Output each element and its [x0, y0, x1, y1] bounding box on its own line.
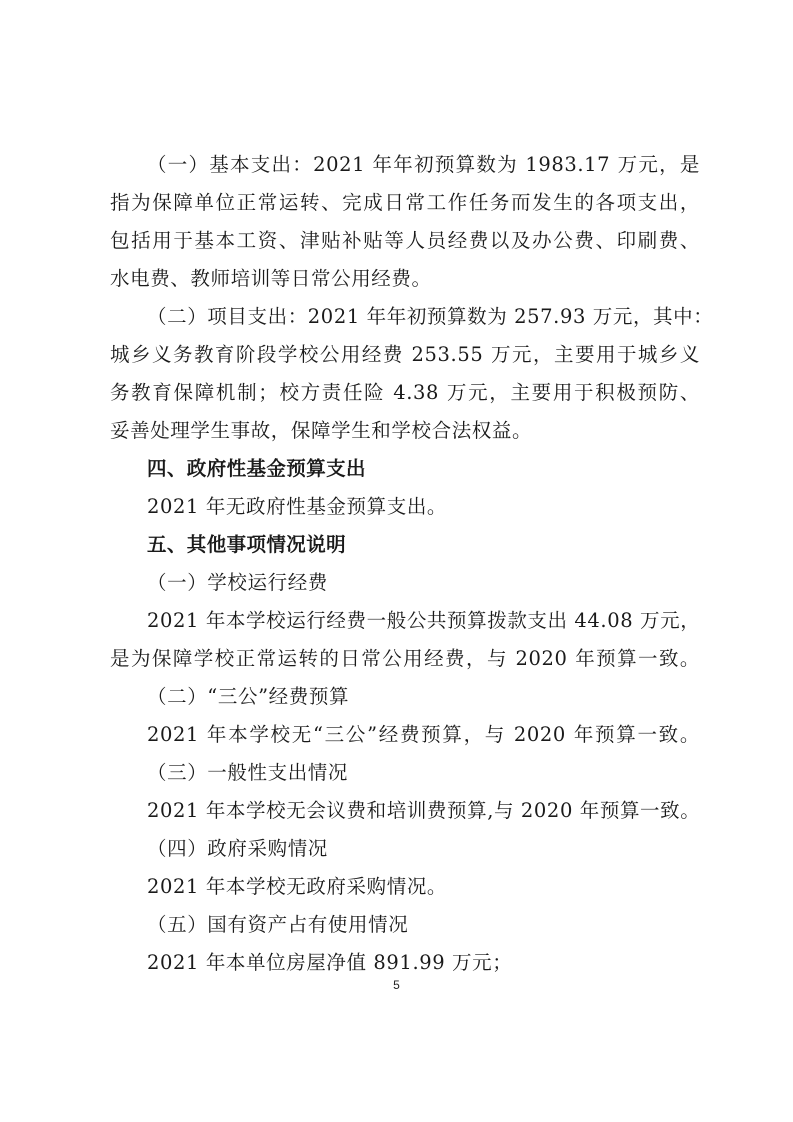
subheading-government-procurement: （四）政府采购情况: [147, 836, 700, 862]
subheading-school-operating-funds: （一）学校运行经费: [147, 570, 700, 596]
paragraph-government-procurement: 2021 年本学校无政府采购情况。: [147, 874, 700, 900]
paragraph-project-expenditure-line-1: （二）项目支出：2021 年年初预算数为 257.93 万元，其中：: [147, 304, 700, 330]
subheading-general-expenditure: （三）一般性支出情况: [147, 760, 700, 786]
paragraph-project-expenditure-line-2: 城乡义务教育阶段学校公用经费 253.55 万元，主要用于城乡义: [110, 342, 700, 368]
paragraph-basic-expenditure-line-1: （一）基本支出：2021 年年初预算数为 1983.17 万元，是: [147, 152, 700, 178]
paragraph-operating-funds-line-2: 是为保障学校正常运转的日常公用经费，与 2020 年预算一致。: [110, 646, 700, 672]
paragraph-government-fund: 2021 年无政府性基金预算支出。: [147, 494, 700, 520]
section-heading-other-matters: 五、其他事项情况说明: [147, 532, 700, 558]
paragraph-project-expenditure-line-3: 务教育保障机制；校方责任险 4.38 万元，主要用于积极预防、: [110, 380, 700, 406]
paragraph-project-expenditure-line-4: 妥善处理学生事故，保障学生和学校合法权益。: [110, 418, 700, 444]
subheading-state-assets: （五）国有资产占有使用情况: [147, 912, 700, 938]
subheading-three-public-funds: （二）“三公”经费预算: [147, 684, 700, 710]
paragraph-three-public-funds: 2021 年本学校无“三公”经费预算，与 2020 年预算一致。: [147, 722, 700, 748]
paragraph-operating-funds-line-1: 2021 年本学校运行经费一般公共预算拨款支出 44.08 万元，: [147, 608, 700, 634]
paragraph-basic-expenditure-line-2: 指为保障单位正常运转、完成日常工作任务而发生的各项支出，: [110, 190, 700, 216]
paragraph-general-expenditure: 2021 年本学校无会议费和培训费预算,与 2020 年预算一致。: [147, 798, 700, 824]
page-number: 5: [0, 978, 793, 992]
document-page: （一）基本支出：2021 年年初预算数为 1983.17 万元，是 指为保障单位…: [0, 0, 793, 1122]
paragraph-basic-expenditure-line-4: 水电费、教师培训等日常公用经费。: [110, 266, 700, 292]
paragraph-basic-expenditure-line-3: 包括用于基本工资、津贴补贴等人员经费以及办公费、印刷费、: [110, 228, 700, 254]
section-heading-government-fund: 四、政府性基金预算支出: [147, 456, 700, 482]
paragraph-state-assets: 2021 年本单位房屋净值 891.99 万元；: [147, 950, 700, 976]
